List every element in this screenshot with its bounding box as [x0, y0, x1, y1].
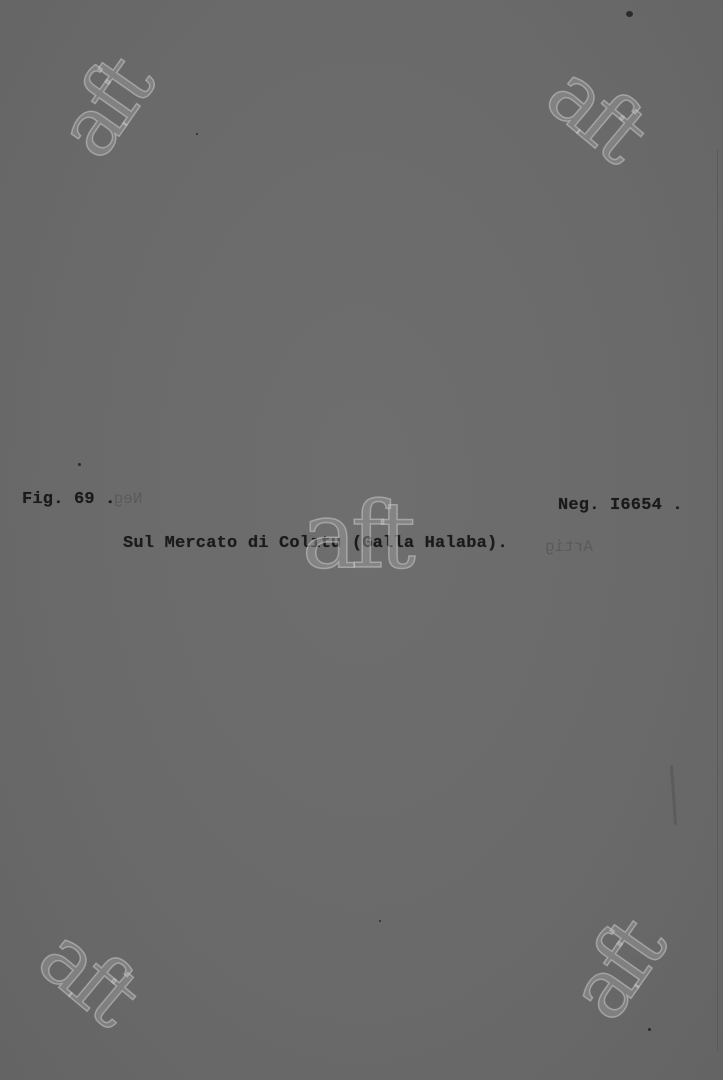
dust-speck	[379, 920, 381, 922]
watermark-top-right: aft	[533, 51, 658, 174]
watermark-top-left: aft	[44, 47, 165, 171]
bleed-through-text-right: Artig	[545, 538, 593, 556]
dust-speck	[78, 463, 81, 466]
scratch-mark	[670, 765, 677, 825]
negative-number: Neg. I6654 .	[558, 496, 683, 515]
dust-speck	[626, 11, 633, 17]
figure-label: Fig. 69 .	[22, 490, 116, 509]
dust-speck	[196, 133, 198, 135]
watermark-center: aft	[302, 490, 410, 582]
dust-speck	[648, 1028, 651, 1031]
card-edge-line	[717, 150, 718, 1050]
watermark-bottom-left: aft	[25, 914, 150, 1037]
watermark-bottom-right: aft	[557, 909, 678, 1033]
scanned-card: Neg. Artig Fig. 69 . Neg. I6654 . Sul Me…	[0, 0, 723, 1080]
